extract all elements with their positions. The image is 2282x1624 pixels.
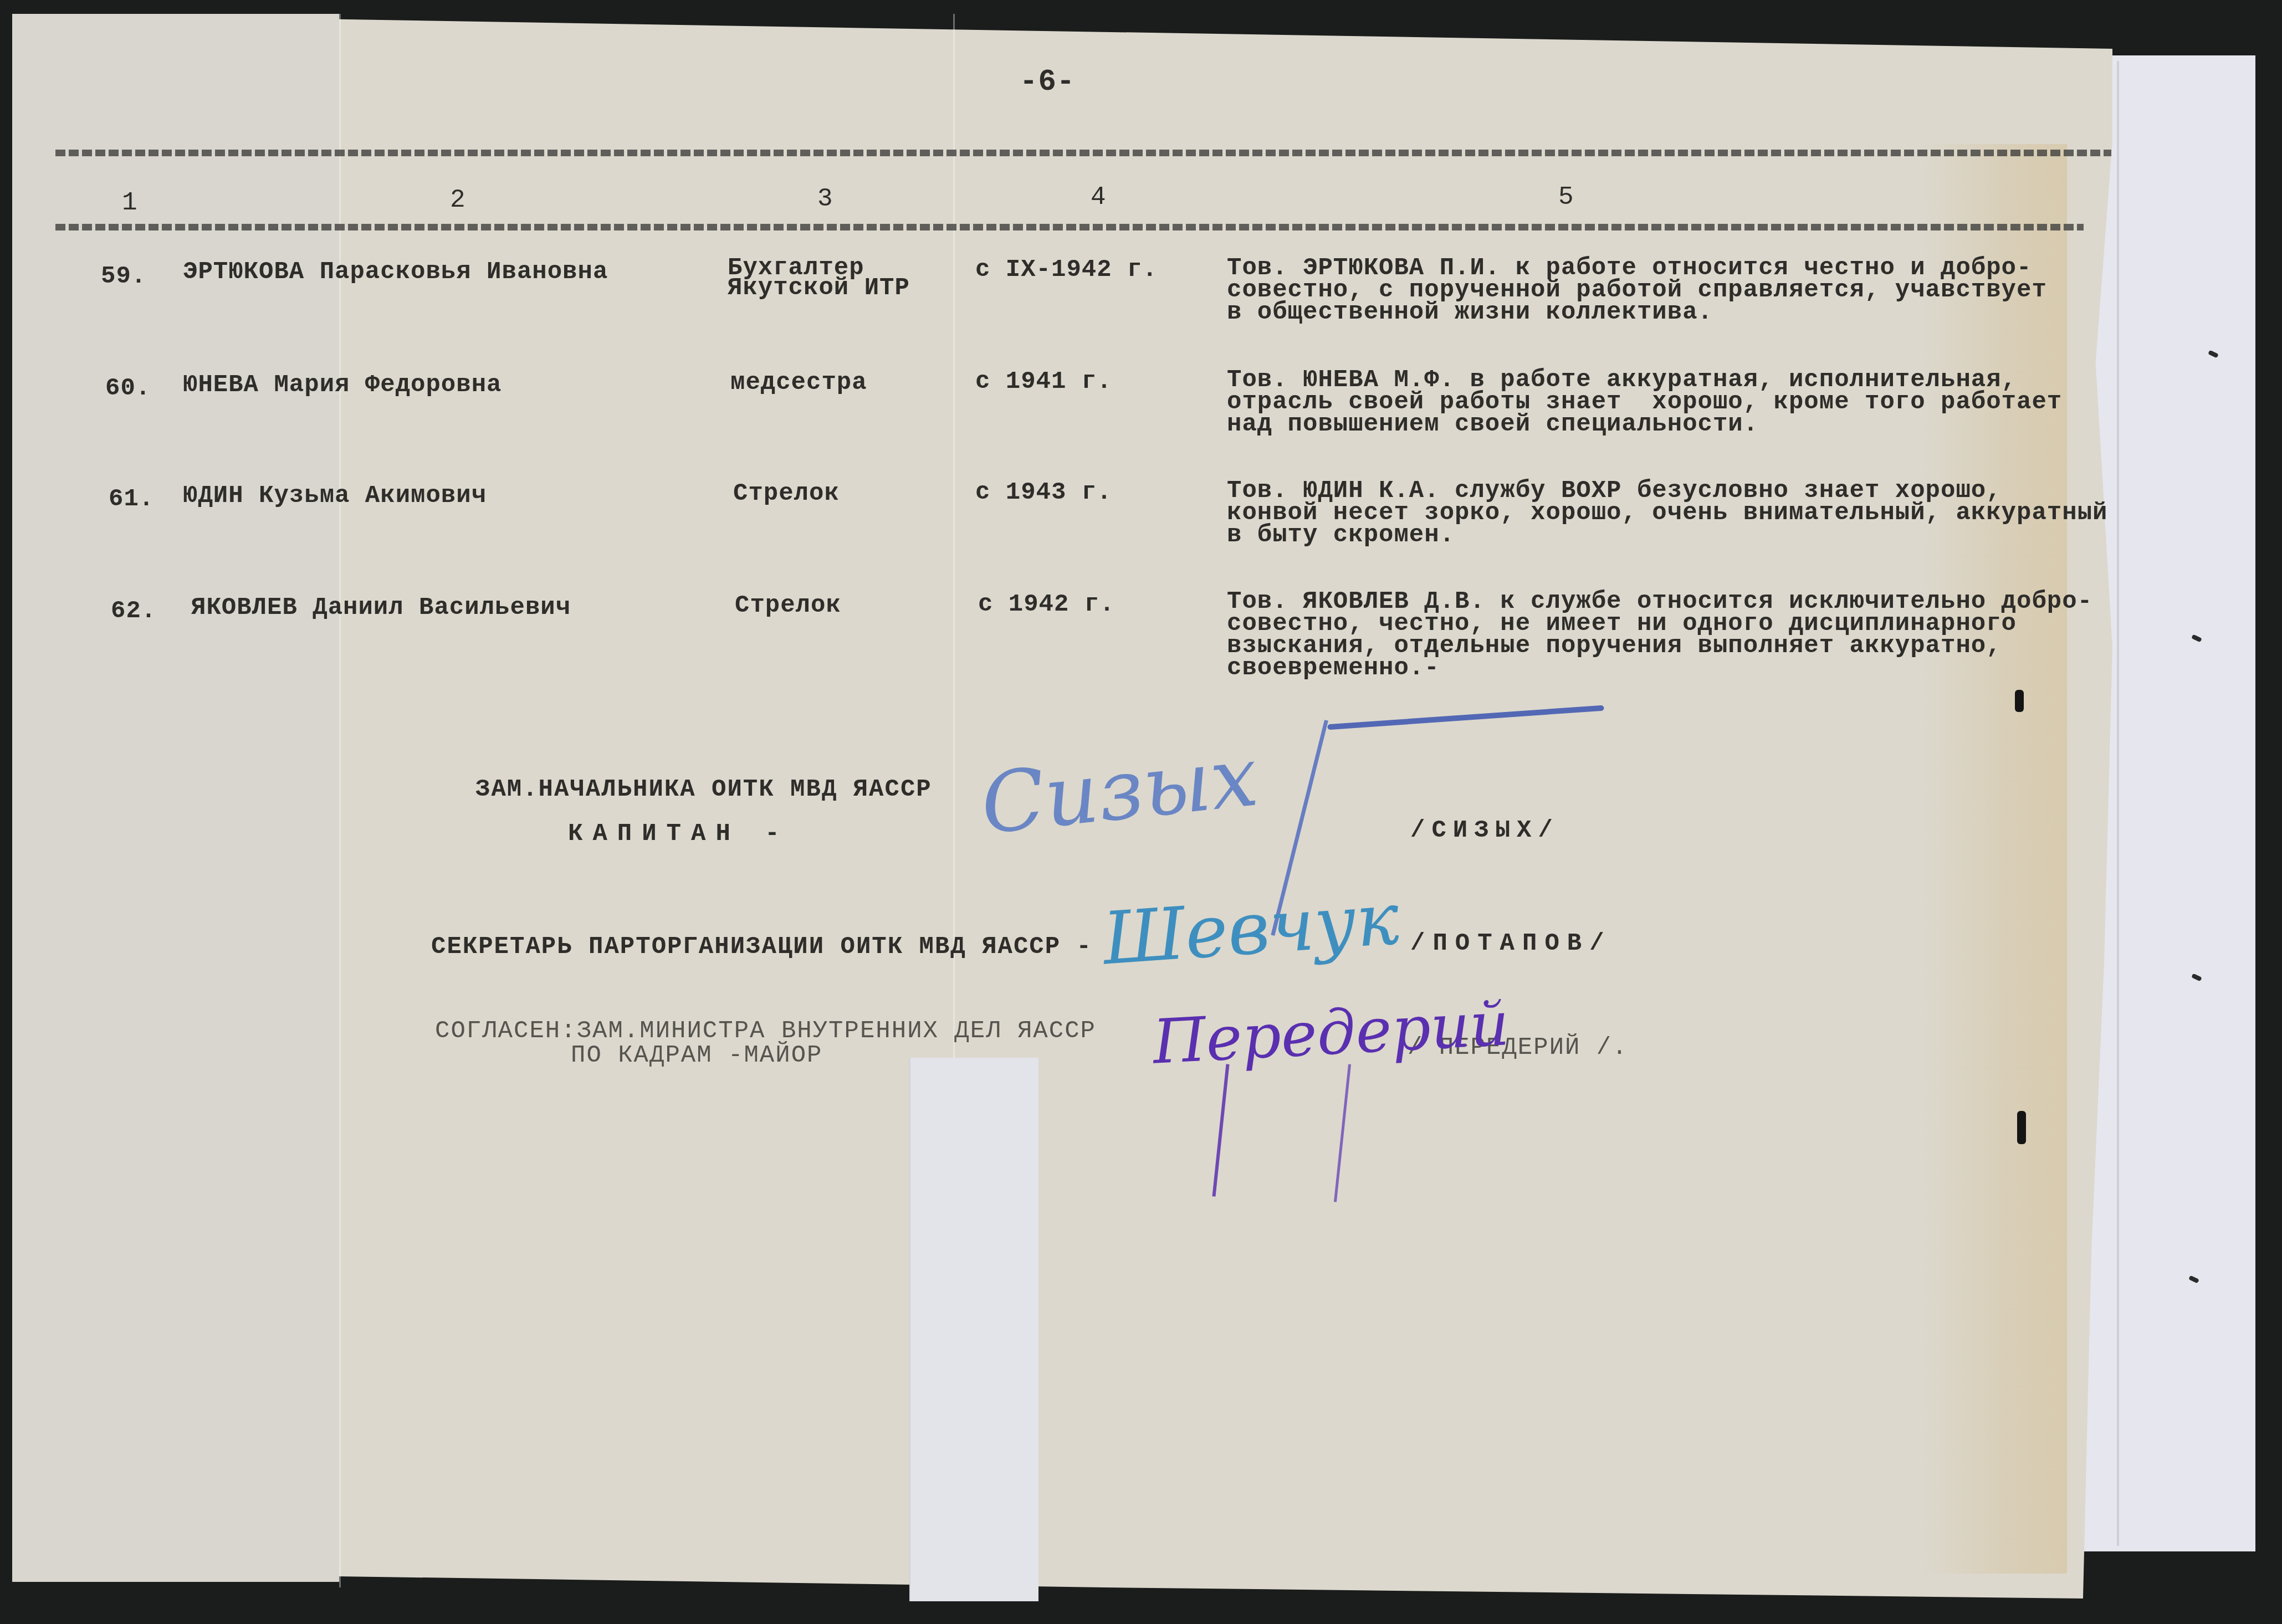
column-header-4: 4 [1091,186,1107,209]
service-since: с 1943 г. [975,481,1112,504]
column-header-2: 2 [450,188,466,212]
column-header-1: 1 [122,191,138,214]
row-number: 62. [111,600,156,623]
backing-sheet-edge [2117,61,2119,1546]
service-since: с 1941 г. [975,370,1112,393]
signatory-title: ЗАМ.НАЧАЛЬНИКА ОИТК МВД ЯАССР [475,778,932,801]
person-characteristic: Тов. ЮНЕВА М.Ф. в работе аккуратная, исп… [1227,369,2062,436]
column-header-3: 3 [817,187,833,211]
person-characteristic: Тов. ЭРТЮКОВА П.И. к работе относится че… [1227,257,2047,324]
aged-paper-edge [1923,144,2067,1574]
signatory-title-line2: ПО КАДРАМ -МАЙОР [571,1044,822,1067]
service-since: с IX-1942 г. [975,258,1158,281]
person-name: ЮДИН Кузьма Акимович [183,484,487,508]
table-top-rule [55,150,2111,156]
service-since: с 1942 г. [978,593,1115,616]
person-name: ЭРТЮКОВА Парасковья Ивановна [183,260,608,284]
signatory-name: /ПОТАПОВ/ [1410,932,1612,955]
person-characteristic: Тов. ЮДИН К.А. службу ВОХР безусловно зн… [1227,480,2107,546]
column-header-5: 5 [1558,186,1574,209]
signatory-name: /СИЗЫХ/ [1410,819,1559,842]
person-position: Стрелок [733,482,840,505]
table-header-rule [55,224,2084,230]
row-number: 60. [105,377,151,400]
paper-repair-strip [909,1058,1038,1601]
signatory-title: СОГЛАСЕН:ЗАМ.МИНИСТРА ВНУТРЕННИХ ДЕЛ ЯАС… [435,1020,1096,1043]
signatory-rank: КАПИТАН - [568,822,790,846]
left-fold-panel [12,14,339,1582]
person-name: ЮНЕВА Мария Федоровна [183,373,502,397]
binder-hole [2015,690,2024,712]
person-name: ЯКОВЛЕВ Даниил Васильевич [191,596,571,619]
person-position: Бухгалтер Якутской ИТР [728,258,910,298]
row-number: 59. [101,265,146,288]
person-position: Стрелок [735,594,841,617]
person-characteristic: Тов. ЯКОВЛЕВ Д.В. к службе относится иск… [1227,591,2092,679]
page-number: -6- [1020,71,1075,94]
row-number: 61. [109,488,154,511]
person-position: медсестра [730,371,867,395]
fold-line [339,14,341,1587]
signatory-title: СЕКРЕТАРЬ ПАРТОРГАНИЗАЦИИ ОИТК МВД ЯАССР… [431,935,1092,959]
binder-hole [2017,1111,2026,1144]
